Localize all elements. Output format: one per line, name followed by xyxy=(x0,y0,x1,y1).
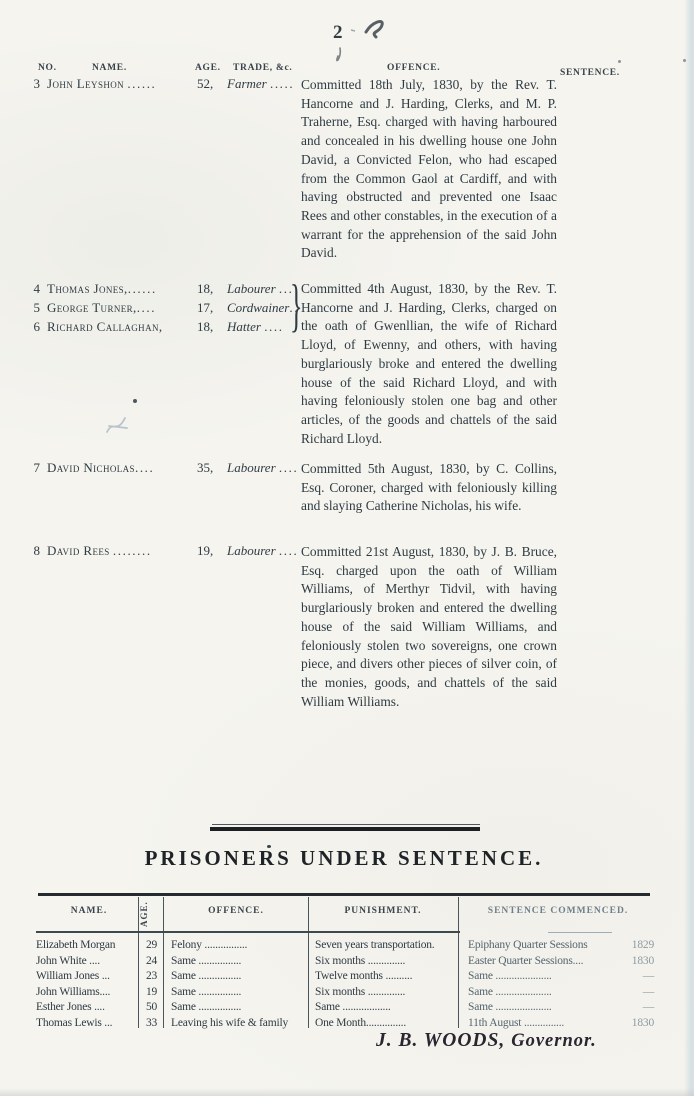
leader-dots: .... xyxy=(137,300,156,315)
cell-name: Elizabeth Morgan xyxy=(36,939,140,951)
prisoner-row: 8 David Rees ........ 19, Labourer .... xyxy=(26,543,298,559)
cell-punishment: Same .................. xyxy=(308,1001,458,1013)
commenced-year: 1829 xyxy=(618,939,654,951)
prisoner-number: 8 xyxy=(26,543,40,559)
table-body: Elizabeth Morgan 29 Felony .............… xyxy=(36,939,654,1033)
ink-speck xyxy=(133,399,137,403)
cell-name: John Williams.... xyxy=(36,986,140,998)
prisoner-trade: Hatter xyxy=(227,319,261,334)
scan-bottom-shadow xyxy=(0,1088,694,1096)
prisoner-row: 3 John Leyshon ...... 52, Farmer ..... xyxy=(26,76,294,92)
table-header-age: AGE. xyxy=(139,899,163,929)
cell-name: Esther Jones .... xyxy=(36,1001,140,1013)
table-header-name: NAME. xyxy=(54,906,124,916)
leader-dots: ...... xyxy=(128,281,157,296)
prisoner-name: David Rees xyxy=(47,543,110,558)
commenced-text: Easter Quarter Sessions.... xyxy=(468,955,618,967)
table-header-separator xyxy=(36,931,460,933)
prisoner-trade-cell: Labourer ... xyxy=(227,281,293,297)
prisoner-name-cell: Richard Callaghan, xyxy=(47,319,197,335)
scan-edge-shadow xyxy=(684,0,694,1096)
prisoner-trade: Farmer xyxy=(227,76,267,91)
table-row: Elizabeth Morgan 29 Felony .............… xyxy=(36,939,654,955)
cell-offence: Same ................ xyxy=(163,970,308,982)
table-header-commenced: SENTENCE COMMENCED. xyxy=(468,906,648,916)
ink-speck xyxy=(618,60,621,63)
prisoner-name-cell: David Nicholas.... xyxy=(47,460,197,476)
offence-text: Committed 21st August, 1830, by J. B. Br… xyxy=(301,543,557,711)
prisoner-row: 6 Richard Callaghan, 18, Hatter .... xyxy=(26,319,284,335)
prisoner-number: 3 xyxy=(26,76,40,92)
prisoner-trade-cell: Hatter .... xyxy=(227,319,284,335)
commenced-year: 1830 xyxy=(618,955,654,967)
section-title: PRISONERS UNDER SENTENCE. xyxy=(0,846,688,871)
leader-dots: ...... xyxy=(127,76,156,91)
prisoner-name-cell: David Rees ........ xyxy=(47,543,197,559)
table-header-separator-faded xyxy=(548,932,612,933)
table-header-punishment: PUNISHMENT. xyxy=(328,906,438,916)
signature-name: J. B. WOODS, xyxy=(376,1030,505,1051)
cell-name: Thomas Lewis ... xyxy=(36,1017,140,1029)
prisoner-age: 18, xyxy=(197,281,227,297)
prisoner-trade: Labourer xyxy=(227,281,276,296)
prisoner-name-cell: George Turner,.... xyxy=(47,300,197,316)
pencil-mark xyxy=(95,398,150,443)
prisoner-trade-cell: Farmer ..... xyxy=(227,76,294,92)
signature-title: Governor. xyxy=(511,1031,597,1051)
cell-commenced: Epiphany Quarter Sessions1829 xyxy=(458,939,654,951)
prisoner-trade-cell: Cordwainer.. xyxy=(227,300,299,316)
leader-dots: ..... xyxy=(270,76,294,91)
prisoner-name: Thomas Jones, xyxy=(47,281,128,296)
prisoner-name: David Nicholas xyxy=(47,460,135,475)
prisoner-name: Richard Callaghan, xyxy=(47,319,163,334)
commenced-text: Same ..................... xyxy=(468,986,618,998)
cell-age: 33 xyxy=(140,1017,163,1029)
cell-commenced: Same .....................— xyxy=(458,970,654,982)
cell-commenced: Same .....................— xyxy=(458,986,654,998)
table-row: Esther Jones .... 50 Same ..............… xyxy=(36,1001,654,1017)
commenced-year: — xyxy=(618,986,654,998)
leader-dots: .... xyxy=(264,319,283,334)
cell-name: John White .... xyxy=(36,955,140,967)
prisoner-trade-cell: Labourer .... xyxy=(227,460,298,476)
table-top-border xyxy=(38,893,650,896)
prisoner-age: 17, xyxy=(197,300,227,316)
sentenced-table: NAME. AGE. OFFENCE. PUNISHMENT. SENTENCE… xyxy=(36,893,654,1035)
offence-text: Committed 18th July, 1830, by the Rev. T… xyxy=(301,76,557,263)
cell-age: 29 xyxy=(140,939,163,951)
cell-offence: Same ................ xyxy=(163,986,308,998)
prisoner-name: George Turner, xyxy=(47,300,137,315)
cell-punishment: Six months .............. xyxy=(308,955,458,967)
table-row: William Jones ... 23 Same ..............… xyxy=(36,970,654,986)
cell-offence: Same ................ xyxy=(163,955,308,967)
prisoner-row: 7 David Nicholas.... 35, Labourer .... xyxy=(26,460,298,476)
commenced-text: Same ..................... xyxy=(468,1001,618,1013)
cell-name: William Jones ... xyxy=(36,970,140,982)
column-header-sentence: SENTENCE. xyxy=(560,68,620,78)
prisoner-row: 4 Thomas Jones,...... 18, Labourer ... xyxy=(26,281,293,297)
prisoner-age: 19, xyxy=(197,543,227,559)
section-divider-thin xyxy=(212,824,480,825)
prisoner-row: 5 George Turner,.... 17, Cordwainer.. xyxy=(26,300,299,316)
commenced-text: Epiphany Quarter Sessions xyxy=(468,939,618,951)
section-divider-thick xyxy=(210,827,480,831)
column-header-no: NO. xyxy=(38,63,57,73)
scanned-document-page: 2 NO. NAME. AGE. TRADE, &c. OFFENCE. SEN… xyxy=(0,0,694,1096)
leader-dots: .... xyxy=(279,460,298,475)
cell-age: 50 xyxy=(140,1001,163,1013)
commenced-year: 1830 xyxy=(618,1017,654,1029)
offence-text: Committed 4th August, 1830, by the Rev. … xyxy=(301,280,557,448)
governor-signature: J. B. WOODS,Governor. xyxy=(376,1030,597,1052)
prisoner-number: 6 xyxy=(26,319,40,335)
cell-commenced: Easter Quarter Sessions....1830 xyxy=(458,955,654,967)
prisoner-number: 7 xyxy=(26,460,40,476)
commenced-year: — xyxy=(618,970,654,982)
table-header-offence: OFFENCE. xyxy=(186,906,286,916)
cell-punishment: One Month............... xyxy=(308,1017,458,1029)
prisoner-trade: Labourer xyxy=(227,460,276,475)
prisoner-number: 5 xyxy=(26,300,40,316)
cell-offence: Leaving his wife & family xyxy=(163,1017,308,1029)
cell-commenced: 11th August ...............1830 xyxy=(458,1017,654,1029)
leader-dots: .... xyxy=(135,460,154,475)
prisoner-age: 52, xyxy=(197,76,227,92)
prisoner-name-cell: Thomas Jones,...... xyxy=(47,281,197,297)
leader-dots: ........ xyxy=(113,543,152,558)
cell-punishment: Six months .............. xyxy=(308,986,458,998)
prisoner-number: 4 xyxy=(26,281,40,297)
column-header-trade: TRADE, &c. xyxy=(233,63,293,73)
table-row: John White .... 24 Same ................… xyxy=(36,955,654,971)
cell-age: 19 xyxy=(140,986,163,998)
leader-dots: .... xyxy=(279,543,298,558)
prisoner-trade: Labourer xyxy=(227,543,276,558)
offence-text: Committed 5th August, 1830, by C. Collin… xyxy=(301,460,557,516)
column-header-age: AGE. xyxy=(195,63,221,73)
prisoner-trade-cell: Labourer .... xyxy=(227,543,298,559)
cell-punishment: Twelve months .......... xyxy=(308,970,458,982)
prisoner-name-cell: John Leyshon ...... xyxy=(47,76,197,92)
column-header-offence: OFFENCE. xyxy=(387,63,440,73)
cell-age: 23 xyxy=(140,970,163,982)
column-header-name: NAME. xyxy=(92,63,127,73)
table-row: John Williams.... 19 Same ..............… xyxy=(36,986,654,1002)
prisoner-age: 18, xyxy=(197,319,227,335)
cell-offence: Felony ................ xyxy=(163,939,308,951)
ink-speck xyxy=(683,59,686,62)
cell-punishment: Seven years transportation. xyxy=(308,939,458,951)
commenced-text: Same ..................... xyxy=(468,970,618,982)
cell-commenced: Same .....................— xyxy=(458,1001,654,1013)
commenced-year: — xyxy=(618,1001,654,1013)
cell-age: 24 xyxy=(140,955,163,967)
prisoner-trade: Cordwainer xyxy=(227,300,289,315)
prisoner-age: 35, xyxy=(197,460,227,476)
commenced-text: 11th August ............... xyxy=(468,1017,618,1029)
cell-offence: Same ................ xyxy=(163,1001,308,1013)
prisoner-name: John Leyshon xyxy=(47,76,124,91)
